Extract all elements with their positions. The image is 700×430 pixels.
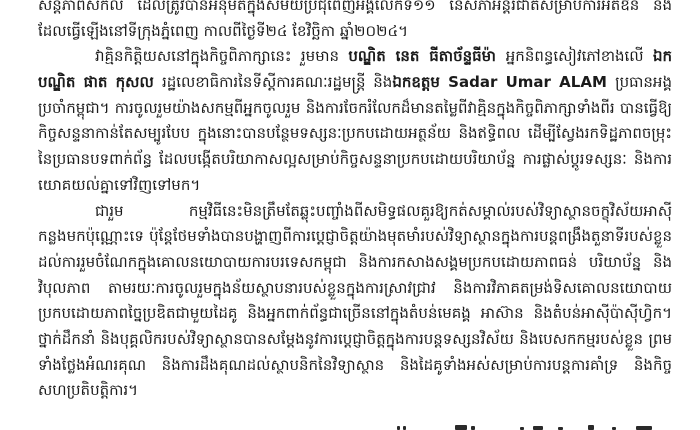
paragraph-1: សន្តិភាពសកល ដែលត្រូវបានអនុម័តក្នុងសម័យប្… xyxy=(38,0,672,44)
speaker-name-bold: ឯកឧត្តម Sadar Umar ALAM xyxy=(392,73,615,91)
text-line-2: ដែលធ្វើឡើងនៅទីក្រុងភ្នំពេញ កាលពីថ្ងៃទី២៤… xyxy=(38,19,672,45)
document-page: សន្តិភាពសកល ដែលត្រូវបានអនុម័តក្នុងសម័យប្… xyxy=(0,0,700,430)
text-run: ប្រចាំកម្ពុជា។ ការចូលរួមយ៉ាងសកម្មពីអ្នកច… xyxy=(38,99,672,117)
text-run: នៃប្រធានបទពាក់ព័ន្ធ ដែលបង្កើតបរិយាកាសល្អ… xyxy=(38,150,672,168)
text-run: ថ្នាក់ដឹកនាំ និងបុគ្គលិករបស់វិទ្យាស្ថានប… xyxy=(38,330,672,348)
text-run: ជារួម កម្មវិធីនេះមិនត្រឹមតែឆ្លុះបញ្ចាំងព… xyxy=(95,202,672,225)
text-line-5: ប្រចាំកម្ពុជា។ ការចូលរួមយ៉ាងសកម្មពីអ្នកច… xyxy=(38,96,672,122)
text-line-4: បណ្ឌិត ផាត កុសល រដ្ឋលេខាធិការនៃទីស្តីការ… xyxy=(38,70,672,96)
text-line-6: កិច្ចសន្ទនាកាន់តែសម្បូរបែប ក្នុងនោះបានបន… xyxy=(38,121,672,147)
paragraph-2: វាគ្មិនកិត្តិយសនៅក្នុងកិច្ចពិភាក្សានេះ រ… xyxy=(38,44,672,198)
text-run: វិបុលភាព តាមរយៈការចូលរួមក្នុងន័យស្ថាបនារ… xyxy=(38,279,672,297)
text-line-15: ទាំងថ្លែងអំណរគុណ និងការដឹងគុណដល់ស្ថាបនិក… xyxy=(38,353,672,379)
speaker-name-bold: បណ្ឌិត នេត ធីតាច័ន្ទធីម៉ា xyxy=(348,47,505,65)
text-run: អ្នកនិពន្ធសៀវភៅខាងលើ xyxy=(506,47,653,65)
text-line-9: ជារួម កម្មវិធីនេះមិនត្រឹមតែឆ្លុះបញ្ចាំងព… xyxy=(38,199,672,225)
text-run: សន្តិភាពសកល ដែលត្រូវបានអនុម័តក្នុងសម័យប្… xyxy=(38,0,672,19)
speaker-name-bold: បណ្ឌិត ផាត កុសល xyxy=(38,73,162,91)
text-line-8: យោគយល់គ្នាទៅវិញទៅមក។ xyxy=(38,173,672,199)
text-run: យោគយល់គ្នាទៅវិញទៅមក។ xyxy=(38,176,200,194)
text-run: ដល់ការរួមចំណែកក្នុងគោលនយោបាយការបរទេសកម្ព… xyxy=(38,253,672,271)
text-line-12: វិបុលភាព តាមរយៈការចូលរួមក្នុងន័យស្ថាបនារ… xyxy=(38,276,672,302)
text-run: វាគ្មិនកិត្តិយសនៅក្នុងកិច្ចពិភាក្សានេះ រ… xyxy=(95,47,348,65)
text-line-16: សហប្រតិបត្តិការ។ xyxy=(38,378,672,404)
text-run: រដ្ឋលេខាធិការនៃទីស្តីការគណៈរដ្ឋមន្ត្រី ន… xyxy=(162,73,392,91)
text-line-14: ថ្នាក់ដឹកនាំ និងបុគ្គលិករបស់វិទ្យាស្ថានប… xyxy=(38,327,672,353)
text-line-11: ដល់ការរួមចំណែកក្នុងគោលនយោបាយការបរទេសកម្ព… xyxy=(38,250,672,276)
text-run: កន្លងមកប៉ុណ្ណោះទេ ប៉ុន្តែថែមទាំងបានបង្ហា… xyxy=(38,227,672,245)
text-line-1: សន្តិភាពសកល ដែលត្រូវបានអនុម័តក្នុងសម័យប្… xyxy=(38,0,672,19)
text-run: ប្រកបដោយភាពច្នៃប្រឌិតជាមួយដៃគូ និងអ្នកពា… xyxy=(38,304,672,322)
text-line-7: នៃប្រធានបទពាក់ព័ន្ធ ដែលបង្កើតបរិយាកាសល្អ… xyxy=(38,147,672,173)
document-body: សន្តិភាពសកល ដែលត្រូវបានអនុម័តក្នុងសម័យប្… xyxy=(38,0,672,404)
paragraph-3: ជារួម កម្មវិធីនេះមិនត្រឹមតែឆ្លុះបញ្ចាំងព… xyxy=(38,199,672,405)
text-line-3: វាគ្មិនកិត្តិយសនៅក្នុងកិច្ចពិភាក្សានេះ រ… xyxy=(38,44,672,70)
clipped-text-fragment xyxy=(0,422,700,430)
text-run: ទាំងថ្លែងអំណរគុណ និងការដឹងគុណដល់ស្ថាបនិក… xyxy=(38,356,672,374)
text-line-13: ប្រកបដោយភាពច្នៃប្រឌិតជាមួយដៃគូ និងអ្នកពា… xyxy=(38,301,672,327)
text-run: សហប្រតិបត្តិការ។ xyxy=(38,381,138,399)
text-run: កិច្ចសន្ទនាកាន់តែសម្បូរបែប ក្នុងនោះបានបន… xyxy=(38,124,672,142)
text-run: ដែលធ្វើឡើងនៅទីក្រុងភ្នំពេញ កាលពីថ្ងៃទី២៤… xyxy=(38,22,408,40)
text-line-10: កន្លងមកប៉ុណ្ណោះទេ ប៉ុន្តែថែមទាំងបានបង្ហា… xyxy=(38,224,672,250)
